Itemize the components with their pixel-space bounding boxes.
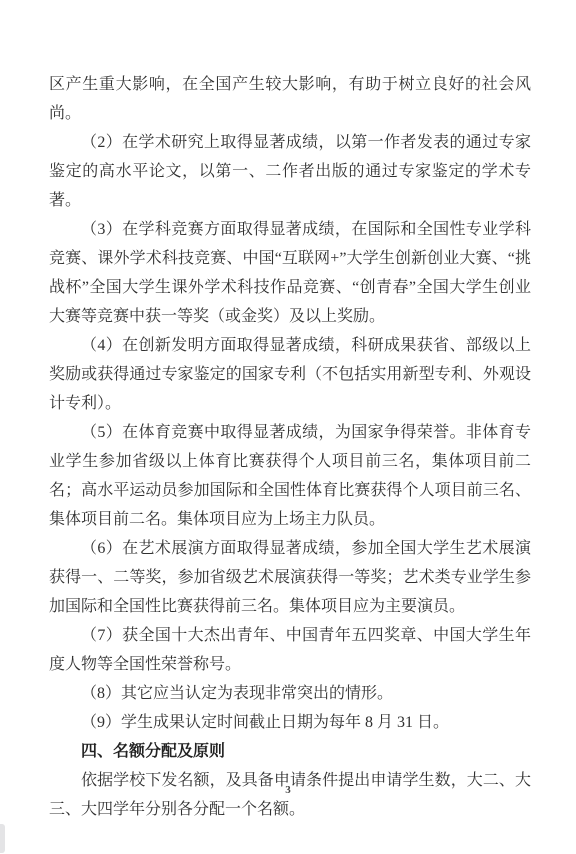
body-paragraph: （7）获全国十大杰出青年、中国青年五四奖章、中国大学生年度人物等全国性荣誉称号。 [49, 621, 531, 679]
scrollbar-thumb[interactable] [0, 824, 5, 853]
body-paragraph: （9）学生成果认定时间截止日期为每年 8 月 31 日。 [49, 708, 531, 737]
body-paragraph: （3）在学科竞赛方面取得显著成绩，在国际和全国性专业学科竞赛、课外学术科技竞赛、… [49, 215, 531, 331]
document-page: 区产生重大影响，在全国产生较大影响，有助于树立良好的社会风尚。（2）在学术研究上… [49, 70, 531, 824]
body-paragraph: （8）其它应当认定为表现非常突出的情形。 [49, 679, 531, 708]
page-number: 3 [0, 784, 576, 796]
body-paragraph: （5）在体育竞赛中取得显著成绩，为国家争得荣誉。非体育专业学生参加省级以上体育比… [49, 418, 531, 534]
body-paragraph: 区产生重大影响，在全国产生较大影响，有助于树立良好的社会风尚。 [49, 70, 531, 128]
body-paragraph: （4）在创新发明方面取得显著成绩，科研成果获省、部级以上奖励或获得通过专家鉴定的… [49, 331, 531, 418]
body-paragraph: （6）在艺术展演方面取得显著成绩，参加全国大学生艺术展演获得一、二等奖，参加省级… [49, 534, 531, 621]
body-paragraph: （2）在学术研究上取得显著成绩，以第一作者发表的通过专家鉴定的高水平论文，以第一… [49, 128, 531, 215]
section-heading: 四、名额分配及原则 [49, 737, 531, 766]
